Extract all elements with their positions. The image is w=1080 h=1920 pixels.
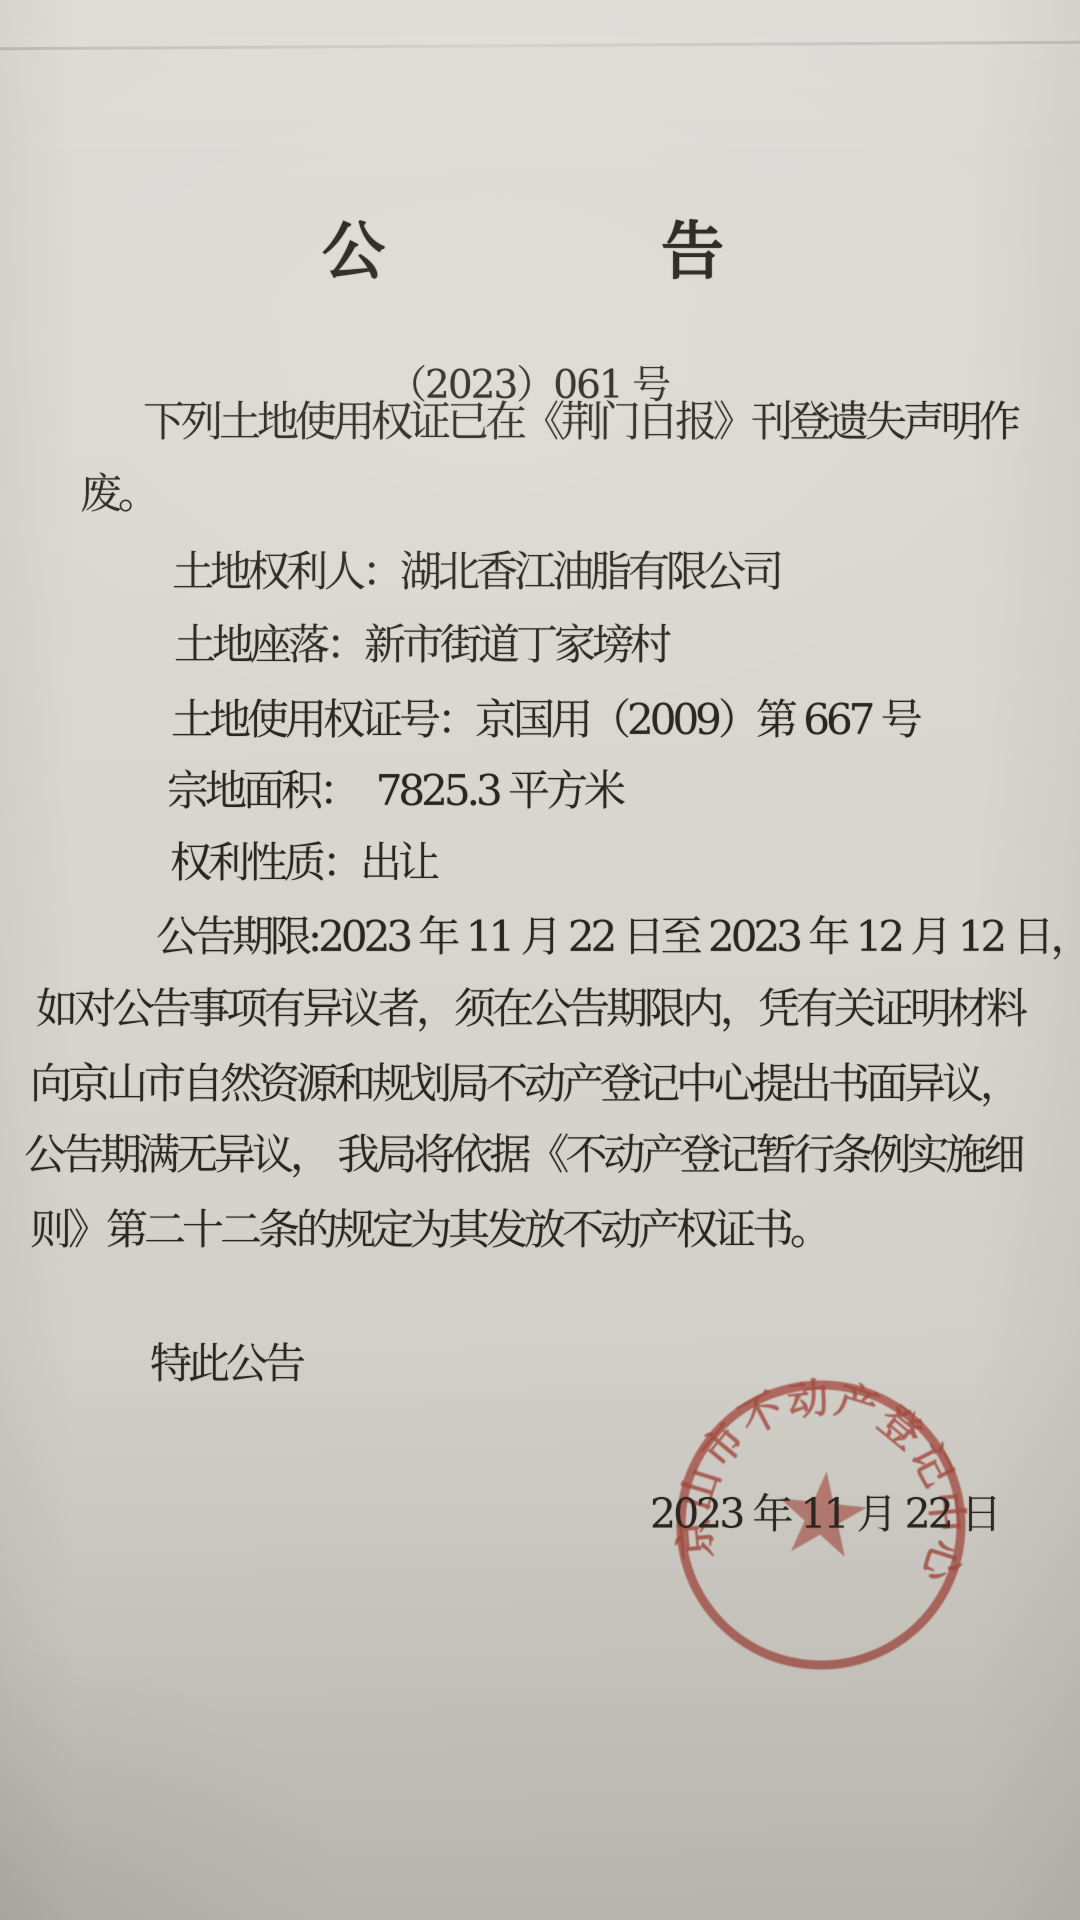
notice-line-4: 公告期满无异议， 我局将依据《不动产登记暂行条例实施细 <box>24 1131 1021 1179</box>
intro-line-1: 下列土地使用权证已在《荆门日报》刊登遗失声明作 <box>143 398 1017 446</box>
notice-line-1: 公告期限:2023 年 11 月 22 日至 2023 年 12 月 12 日， <box>156 913 1080 961</box>
field-line-certificate-number: 土地使用权证号：京国用（2009）第 667 号 <box>171 696 919 744</box>
paper-crease-line <box>0 41 1080 51</box>
doc-title-char-left: 公 <box>322 220 385 283</box>
notice-line-2: 如对公告事项有异议者，须在公告期限内，凭有关证明材料 <box>36 985 1024 1033</box>
notice-line-3: 向京山市自然资源和规划局不动产登记中心提出书面异议， <box>30 1060 1018 1108</box>
issue-date: 2023 年 11 月 22 日 <box>650 1491 999 1538</box>
closing-statement: 特此公告 <box>150 1340 302 1388</box>
field-line-land-owner: 土地权利人：湖北香江油脂有限公司 <box>172 548 780 596</box>
field-line-land-location: 土地座落：新市街道丁家塝村 <box>174 621 668 669</box>
doc-title: 公 告 <box>322 220 724 283</box>
doc-title-char-right: 告 <box>661 220 724 283</box>
notice-line-5: 则》第二十二条的规定为其发放不动产权证书。 <box>30 1206 828 1254</box>
paper-background: 公 告 （2023）061 号 下列土地使用权证已在《荆门日报》刊登遗失声明作 … <box>0 0 1080 1920</box>
field-line-right-nature: 权利性质：出让 <box>170 839 436 887</box>
field-line-parcel-area: 宗地面积： 7825.3 平方米 <box>167 767 622 815</box>
intro-line-2: 废。 <box>80 470 156 518</box>
